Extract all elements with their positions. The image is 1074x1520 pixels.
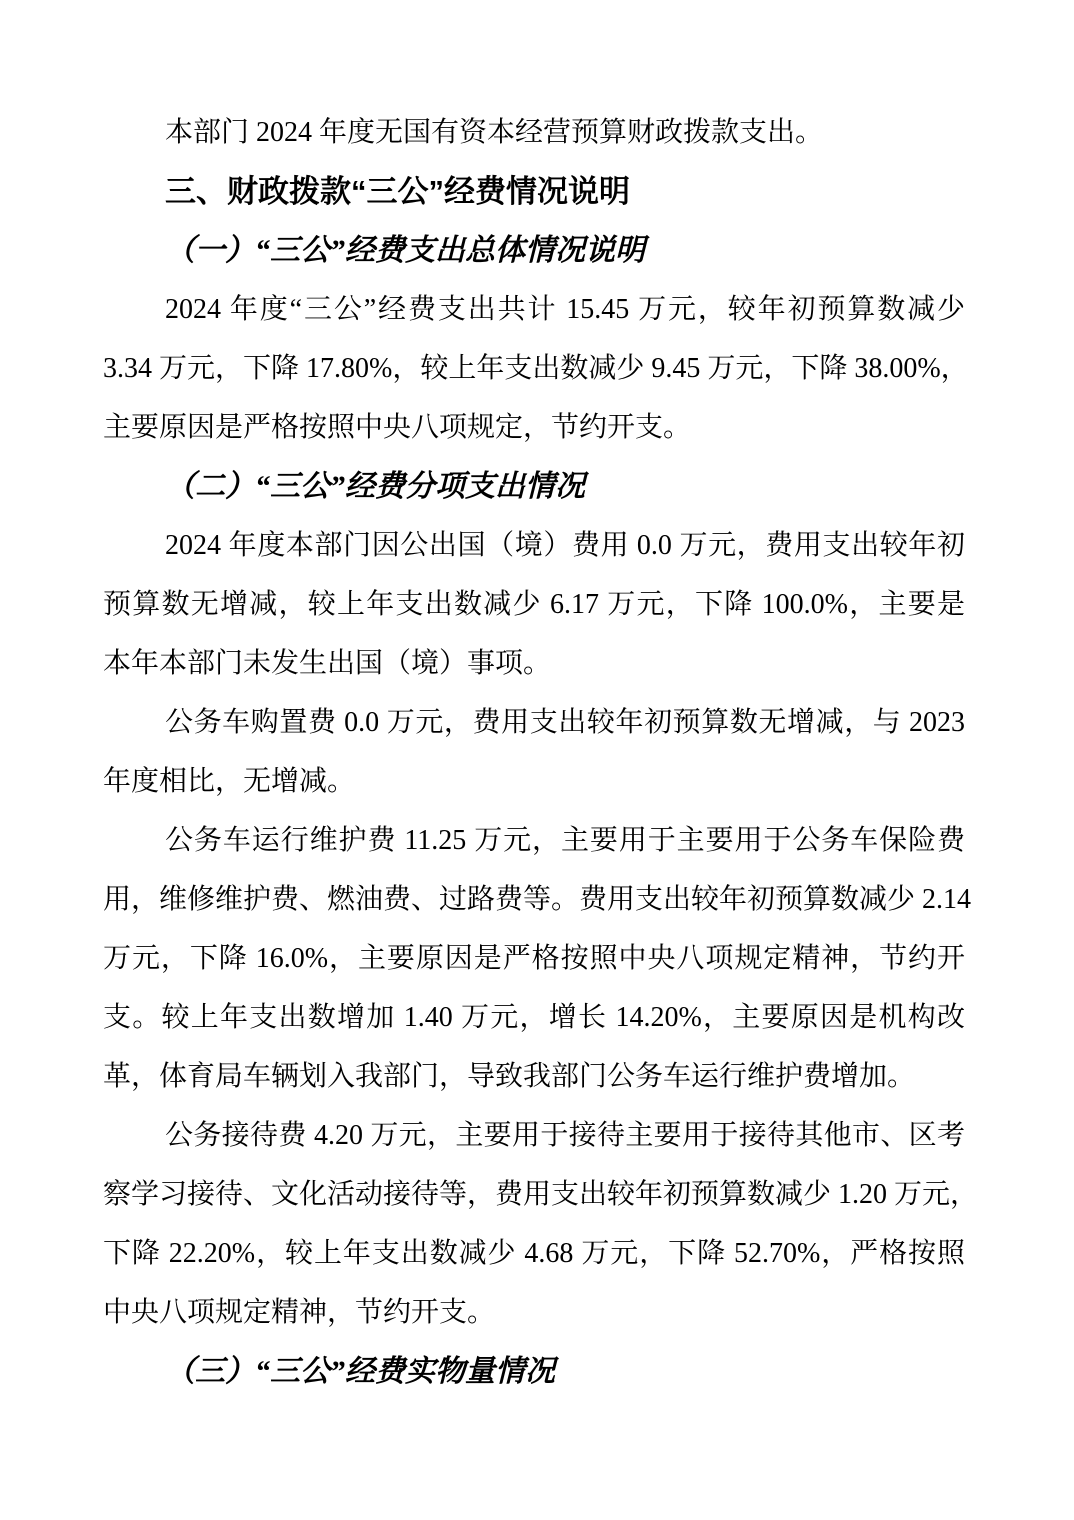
paragraph: 公务车购置费 0.0 万元，费用支出较年初预算数无增减，与 2023年度相比，无… [103, 693, 965, 811]
text-line: 支。较上年支出数增加 1.40 万元，增长 14.20%，主要原因是机构改 [103, 988, 965, 1047]
heading-major: 三、财政拨款“三公”经费情况说明 [103, 162, 965, 221]
text-line: 察学习接待、文化活动接待等，费用支出较年初预算数减少 1.20 万元， [103, 1165, 965, 1224]
text-line: 公务车购置费 0.0 万元，费用支出较年初预算数无增减，与 2023 [103, 693, 965, 752]
paragraph: 本部门 2024 年度无国有资本经营预算财政拨款支出。 [103, 103, 965, 162]
text-line: （一）“三公”经费支出总体情况说明 [103, 221, 965, 280]
text-line: （二）“三公”经费分项支出情况 [103, 457, 965, 516]
text-line: 主要原因是严格按照中央八项规定，节约开支。 [103, 398, 965, 457]
text-line: 公务车运行维护费 11.25 万元，主要用于主要用于公务车保险费 [103, 811, 965, 870]
text-line: 革，体育局车辆划入我部门，导致我部门公务车运行维护费增加。 [103, 1047, 965, 1106]
document-body: 本部门 2024 年度无国有资本经营预算财政拨款支出。三、财政拨款“三公”经费情… [103, 103, 965, 1401]
text-line: 三、财政拨款“三公”经费情况说明 [103, 162, 965, 221]
text-line: （三）“三公”经费实物量情况 [103, 1342, 965, 1401]
paragraph: 2024 年度“三公”经费支出共计 15.45 万元，较年初预算数减少3.34 … [103, 280, 965, 457]
heading-sub: （二）“三公”经费分项支出情况 [103, 457, 965, 516]
text-line: 3.34 万元，下降 17.80%，较上年支出数减少 9.45 万元，下降 38… [103, 339, 965, 398]
paragraph: 公务接待费 4.20 万元，主要用于接待主要用于接待其他市、区考察学习接待、文化… [103, 1106, 965, 1342]
text-line: 本年本部门未发生出国（境）事项。 [103, 634, 965, 693]
text-line: 2024 年度“三公”经费支出共计 15.45 万元，较年初预算数减少 [103, 280, 965, 339]
text-line: 预算数无增减，较上年支出数减少 6.17 万元，下降 100.0%，主要是 [103, 575, 965, 634]
text-line: 2024 年度本部门因公出国（境）费用 0.0 万元，费用支出较年初 [103, 516, 965, 575]
text-line: 用，维修维护费、燃油费、过路费等。费用支出较年初预算数减少 2.14 [103, 870, 965, 929]
text-line: 公务接待费 4.20 万元，主要用于接待主要用于接待其他市、区考 [103, 1106, 965, 1165]
text-line: 中央八项规定精神，节约开支。 [103, 1283, 965, 1342]
text-line: 下降 22.20%，较上年支出数减少 4.68 万元，下降 52.70%，严格按… [103, 1224, 965, 1283]
paragraph: 公务车运行维护费 11.25 万元，主要用于主要用于公务车保险费用，维修维护费、… [103, 811, 965, 1106]
paragraph: 2024 年度本部门因公出国（境）费用 0.0 万元，费用支出较年初预算数无增减… [103, 516, 965, 693]
text-line: 本部门 2024 年度无国有资本经营预算财政拨款支出。 [103, 103, 965, 162]
text-line: 年度相比，无增减。 [103, 752, 965, 811]
document-page: 本部门 2024 年度无国有资本经营预算财政拨款支出。三、财政拨款“三公”经费情… [0, 0, 1074, 1520]
heading-sub: （一）“三公”经费支出总体情况说明 [103, 221, 965, 280]
text-line: 万元，下降 16.0%，主要原因是严格按照中央八项规定精神，节约开 [103, 929, 965, 988]
heading-sub: （三）“三公”经费实物量情况 [103, 1342, 965, 1401]
